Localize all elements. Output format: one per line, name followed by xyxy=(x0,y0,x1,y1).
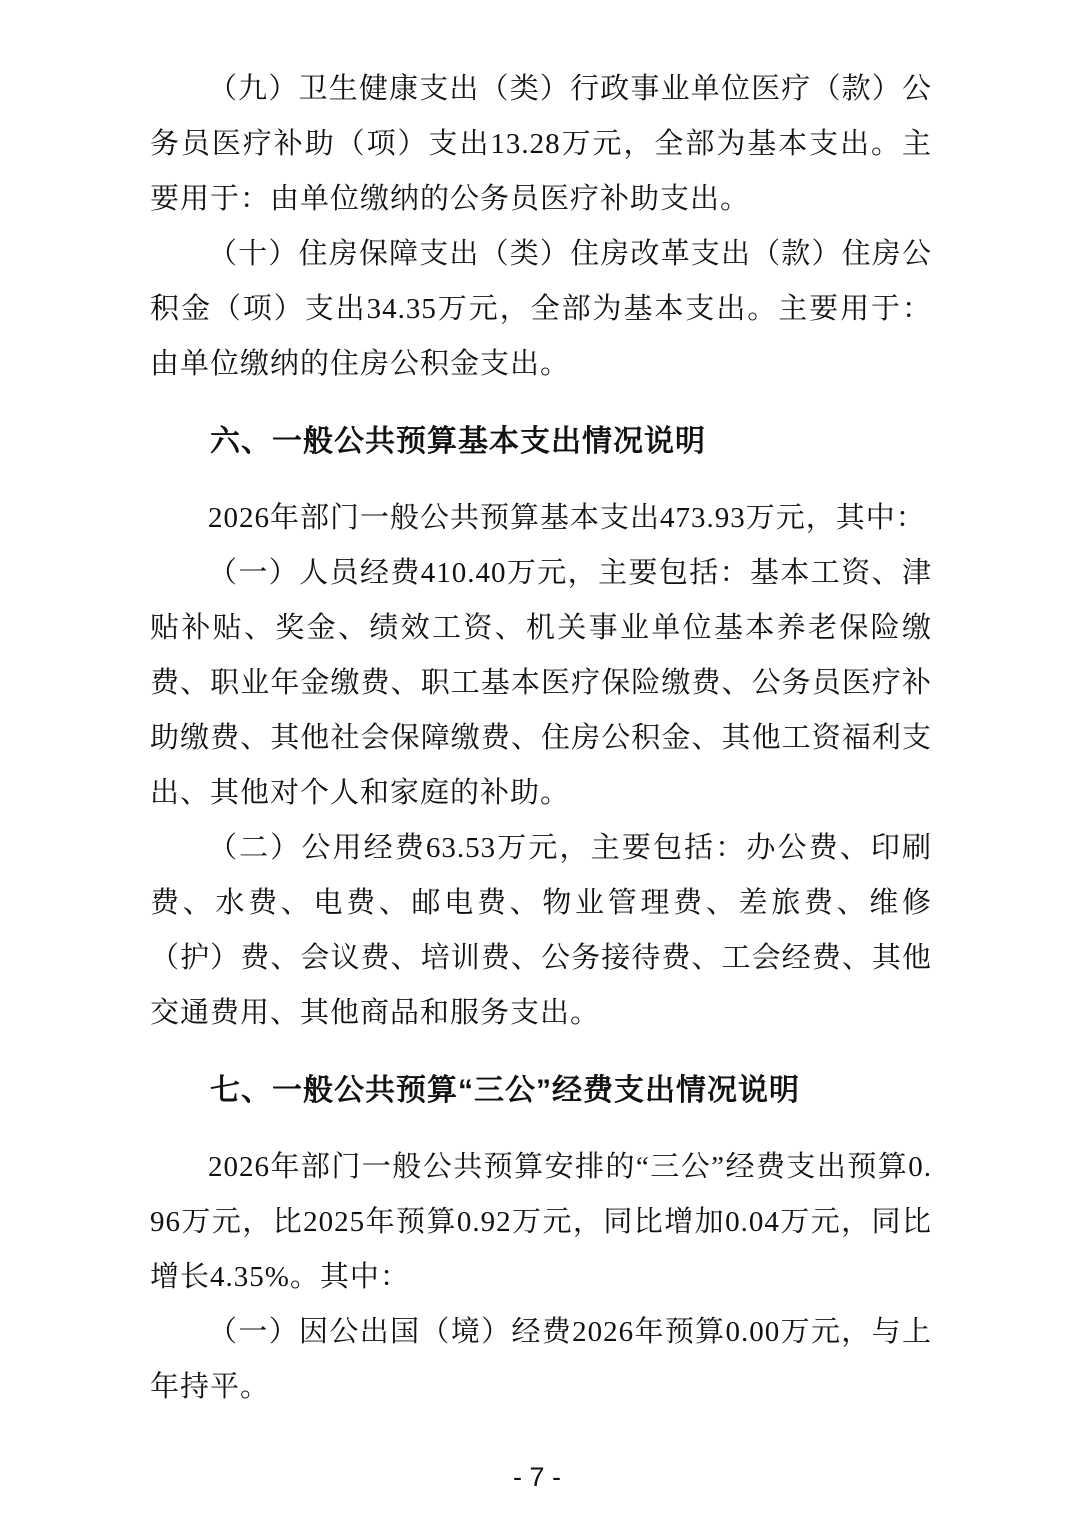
paragraph-health-expenditure: （九）卫生健康支出（类）行政事业单位医疗（款）公务员医疗补助（项）支出13.28… xyxy=(150,62,932,227)
paragraph-housing-expenditure: （十）住房保障支出（类）住房改革支出（款）住房公积金（项）支出34.35万元，全… xyxy=(150,227,932,392)
paragraph-three-public-budget: 2026年部门一般公共预算安排的“三公”经费支出预算0.96万元，比2025年预… xyxy=(150,1140,932,1305)
document-page: （九）卫生健康支出（类）行政事业单位医疗（款）公务员医疗补助（项）支出13.28… xyxy=(0,0,1074,1520)
paragraph-basic-expenditure-total: 2026年部门一般公共预算基本支出473.93万元，其中： xyxy=(150,491,932,546)
section-heading-three-public-funds: 七、一般公共预算“三公”经费支出情况说明 xyxy=(150,1063,932,1118)
page-footer: - 7 - xyxy=(0,1462,1074,1493)
page-number: - 7 - xyxy=(513,1462,561,1492)
section-heading-basic-expenditure: 六、一般公共预算基本支出情况说明 xyxy=(150,414,932,469)
paragraph-public-funds: （二）公用经费63.53万元，主要包括：办公费、印刷费、水费、电费、邮电费、物业… xyxy=(150,821,932,1041)
paragraph-overseas-travel-funds: （一）因公出国（境）经费2026年预算0.00万元，与上年持平。 xyxy=(150,1305,932,1415)
document-content: （九）卫生健康支出（类）行政事业单位医疗（款）公务员医疗补助（项）支出13.28… xyxy=(150,62,932,1415)
paragraph-personnel-funds: （一）人员经费410.40万元，主要包括：基本工资、津贴补贴、奖金、绩效工资、机… xyxy=(150,546,932,821)
